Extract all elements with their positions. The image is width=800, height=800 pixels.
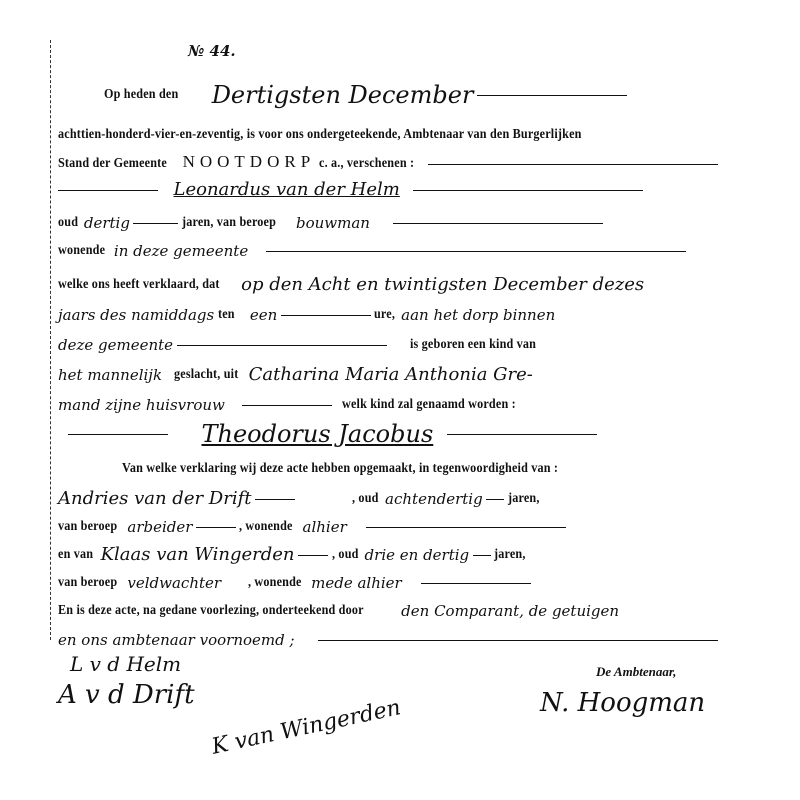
fill-rule <box>196 526 236 528</box>
printed-text: van beroep <box>58 514 117 538</box>
handwritten-text: en ons ambtenaar voornoemd ; <box>58 628 295 652</box>
line-mother: het mannelijk geslacht, uit Catharina Ma… <box>58 362 778 386</box>
signature-father: L v d Helm <box>70 652 181 676</box>
printed-text: achttien-honderd-vier-en-zeventig, is vo… <box>58 122 582 146</box>
line-witness1: Andries van der Drift , oud achtendertig… <box>58 486 778 510</box>
printed-text: welke ons heeft verklaard, dat <box>58 272 220 296</box>
line-age-profession: oud dertig jaren, van beroep bouwman <box>58 210 778 234</box>
line-date: Op heden den Dertigsten December <box>58 82 778 106</box>
line-child-name-intro: mand zijne huisvrouw welk kind zal genaa… <box>58 392 778 416</box>
line-residence: wonende in deze gemeente <box>58 238 778 262</box>
printed-text: en van <box>58 542 93 566</box>
fill-rule <box>242 404 332 406</box>
handwritten-date: Dertigsten December <box>212 83 474 107</box>
line-witness2: en van Klaas van Wingerden , oud drie en… <box>58 542 778 566</box>
fill-rule <box>266 250 686 252</box>
fill-rule <box>447 433 597 435</box>
handwritten-age: drie en dertig <box>365 543 470 567</box>
handwritten-profession: arbeider <box>127 515 192 539</box>
fill-rule <box>413 189 643 191</box>
handwritten-name-mother: Catharina Maria Anthonia Gre- <box>249 363 533 387</box>
handwritten-hour: een <box>250 303 277 327</box>
handwritten-text: deze gemeente <box>58 333 173 357</box>
printed-text: ure, <box>374 302 395 326</box>
handwritten-sex: het mannelijk <box>58 363 162 387</box>
printed-text: , wonende <box>239 514 293 538</box>
line-comparant: Leonardus van der Helm <box>58 178 778 202</box>
fill-rule <box>133 222 178 224</box>
printed-text: ten <box>218 302 235 326</box>
printed-text: Stand der Gemeente <box>58 151 167 175</box>
handwritten-age: achtendertig <box>385 487 483 511</box>
handwritten-age: dertig <box>84 211 130 235</box>
line-child-name: Theodorus Jacobus <box>58 422 778 446</box>
fill-rule <box>421 582 531 584</box>
line-time: jaars des namiddags ten een ure, aan het… <box>58 302 778 326</box>
printed-text: Van welke verklaring wij deze acte hebbe… <box>122 456 558 480</box>
printed-text: , oud <box>352 486 379 510</box>
printed-text: oud <box>58 210 78 234</box>
handwritten-text: den Comparant, de getuigen <box>401 599 619 623</box>
printed-text: , oud <box>332 542 359 566</box>
fill-rule <box>486 498 504 500</box>
fill-rule <box>393 222 603 224</box>
printed-text: geslacht, uit <box>174 362 238 386</box>
printed-text: is geboren een kind van <box>410 332 536 356</box>
line-municipality: Stand der Gemeente NOOTDORP c. a., versc… <box>58 150 778 174</box>
fill-rule <box>318 639 718 641</box>
handwritten-residence: mede alhier <box>311 571 402 595</box>
fill-rule <box>366 526 566 528</box>
line-declaration: welke ons heeft verklaard, dat op den Ac… <box>58 272 778 296</box>
handwritten-name-father: Leonardus van der Helm <box>174 178 400 202</box>
signature-witness1: A v d Drift <box>58 680 195 710</box>
line-witnesses-intro: Van welke verklaring wij deze acte hebbe… <box>58 456 778 480</box>
handwritten-profession: veldwachter <box>127 571 221 595</box>
handwritten-name-witness2: Klaas van Wingerden <box>101 543 295 567</box>
printed-text: , wonende <box>248 570 302 594</box>
printed-text: jaren, van beroep <box>182 210 276 234</box>
fill-rule <box>298 554 328 556</box>
handwritten-name-child: Theodorus Jacobus <box>202 422 434 446</box>
fill-rule <box>255 498 295 500</box>
fill-rule <box>177 344 387 346</box>
handwritten-place: aan het dorp binnen <box>401 303 555 327</box>
fill-rule <box>428 163 718 165</box>
handwritten-birth-date: op den Acht en twintigsten December deze… <box>241 273 644 297</box>
handwritten-residence: alhier <box>303 515 347 539</box>
printed-text: wonende <box>58 238 105 262</box>
handwritten-text: mand zijne huisvrouw <box>58 393 225 417</box>
signature-witness2: K van Wingerden <box>210 695 403 759</box>
line-year: achttien-honderd-vier-en-zeventig, is vo… <box>58 122 778 146</box>
printed-text: van beroep <box>58 570 117 594</box>
margin-line <box>50 40 52 640</box>
fill-rule <box>58 189 158 191</box>
handwritten-name-witness1: Andries van der Drift <box>58 487 252 511</box>
handwritten-profession: bouwman <box>296 211 370 235</box>
fill-rule <box>281 314 371 316</box>
signature-official: N. Hoogman <box>540 688 705 718</box>
line-witness1-profession: van beroep arbeider , wonende alhier <box>58 514 778 538</box>
fill-rule <box>68 433 168 435</box>
printed-text: c. a., verschenen : <box>319 151 414 175</box>
handwritten-residence: in deze gemeente <box>114 239 248 263</box>
handwritten-text: jaars des namiddags <box>58 303 214 327</box>
line-witness2-profession: van beroep veldwachter , wonende mede al… <box>58 570 778 594</box>
printed-text: Op heden den <box>104 82 178 106</box>
line-signing: En is deze acte, na gedane voorlezing, o… <box>58 598 778 622</box>
official-label: De Ambtenaar, <box>596 664 676 680</box>
printed-text: jaren, <box>494 542 526 566</box>
line-born: deze gemeente is geboren een kind van <box>58 332 778 356</box>
line-signing-cont: en ons ambtenaar voornoemd ; <box>58 628 778 652</box>
printed-text: welk kind zal genaamd worden : <box>342 392 516 416</box>
act-number: № 44. <box>188 42 236 60</box>
fill-rule <box>477 94 627 96</box>
municipality-name: NOOTDORP <box>183 152 316 171</box>
printed-text: jaren, <box>508 486 540 510</box>
fill-rule <box>473 554 491 556</box>
printed-text: En is deze acte, na gedane voorlezing, o… <box>58 598 364 622</box>
